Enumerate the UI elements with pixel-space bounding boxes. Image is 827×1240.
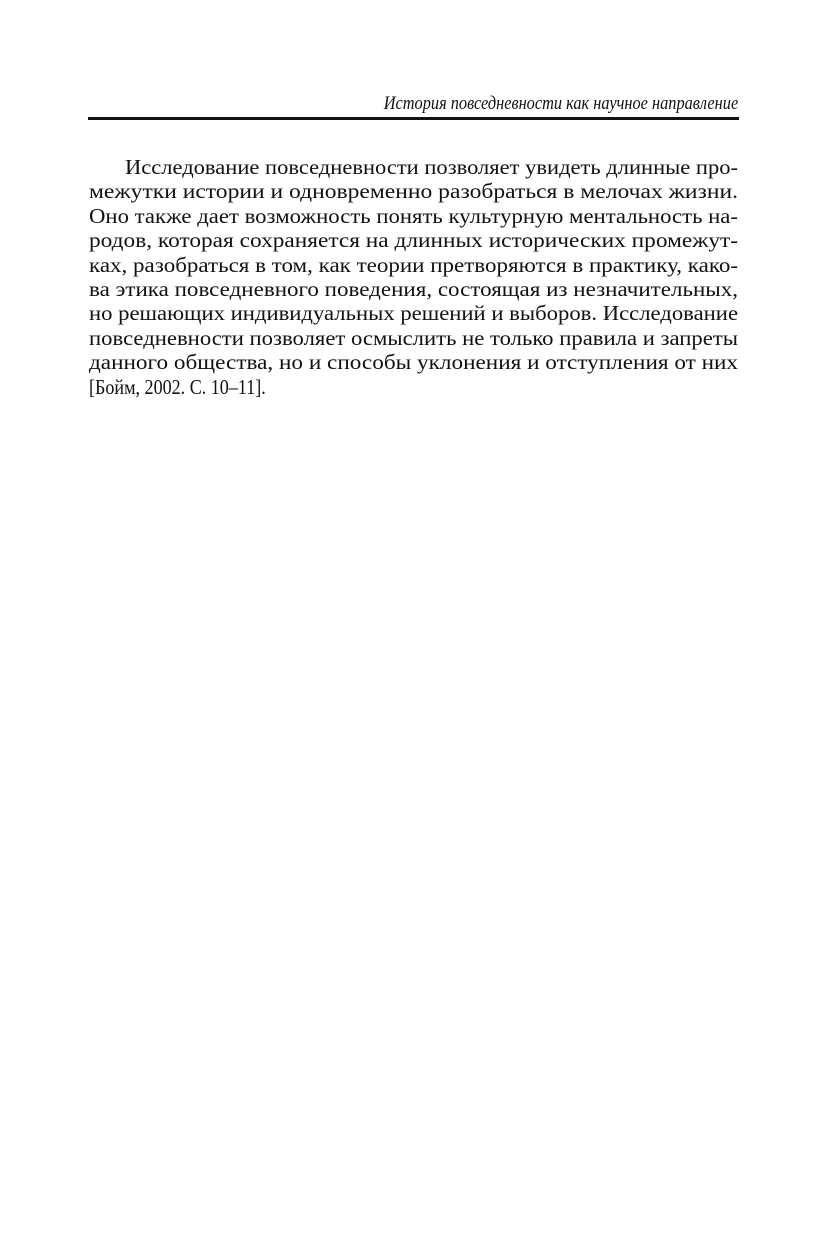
body-paragraph: Исследование повседневности позволяет ув… <box>89 155 738 399</box>
text-line: межутки истории и одновременно разобрать… <box>89 179 738 203</box>
text-line: но решающих индивидуальных решений и выб… <box>89 301 738 325</box>
running-head: История повседневности как научное напра… <box>88 92 738 116</box>
text-line-content: родов, которая сохраняется на длинных ис… <box>89 228 738 252</box>
text-line-content: Исследование повседневности позволяет ув… <box>125 155 738 179</box>
running-head-text: История повседневности как научное напра… <box>384 92 738 116</box>
text-line: повседневности позволяет осмыслить не то… <box>89 326 738 350</box>
header-rule <box>88 117 739 120</box>
text-line-content: межутки истории и одновременно разобрать… <box>89 179 738 203</box>
text-line: данного общества, но и способы уклонения… <box>89 350 738 374</box>
text-line: ва этика повседневного поведения, состоя… <box>89 277 738 301</box>
text-line-content: данного общества, но и способы уклонения… <box>89 350 738 374</box>
text-line-content: ках, разобраться в том, как теории претв… <box>89 253 738 277</box>
text-line: ках, разобраться в том, как теории претв… <box>89 253 738 277</box>
text-line: Оно также дает возможность понять культу… <box>89 204 738 228</box>
text-line-content: но решающих индивидуальных решений и выб… <box>89 301 738 325</box>
text-line-content: ва этика повседневного поведения, состоя… <box>89 277 738 301</box>
text-line: [Бойм, 2002. С. 10–11]. <box>89 375 738 399</box>
text-line-content: [Бойм, 2002. С. 10–11]. <box>89 375 266 399</box>
text-line-content: повседневности позволяет осмыслить не то… <box>89 326 738 350</box>
text-line: родов, которая сохраняется на длинных ис… <box>89 228 738 252</box>
text-line-content: Оно также дает возможность понять культу… <box>89 204 738 228</box>
text-line: Исследование повседневности позволяет ув… <box>89 155 738 179</box>
